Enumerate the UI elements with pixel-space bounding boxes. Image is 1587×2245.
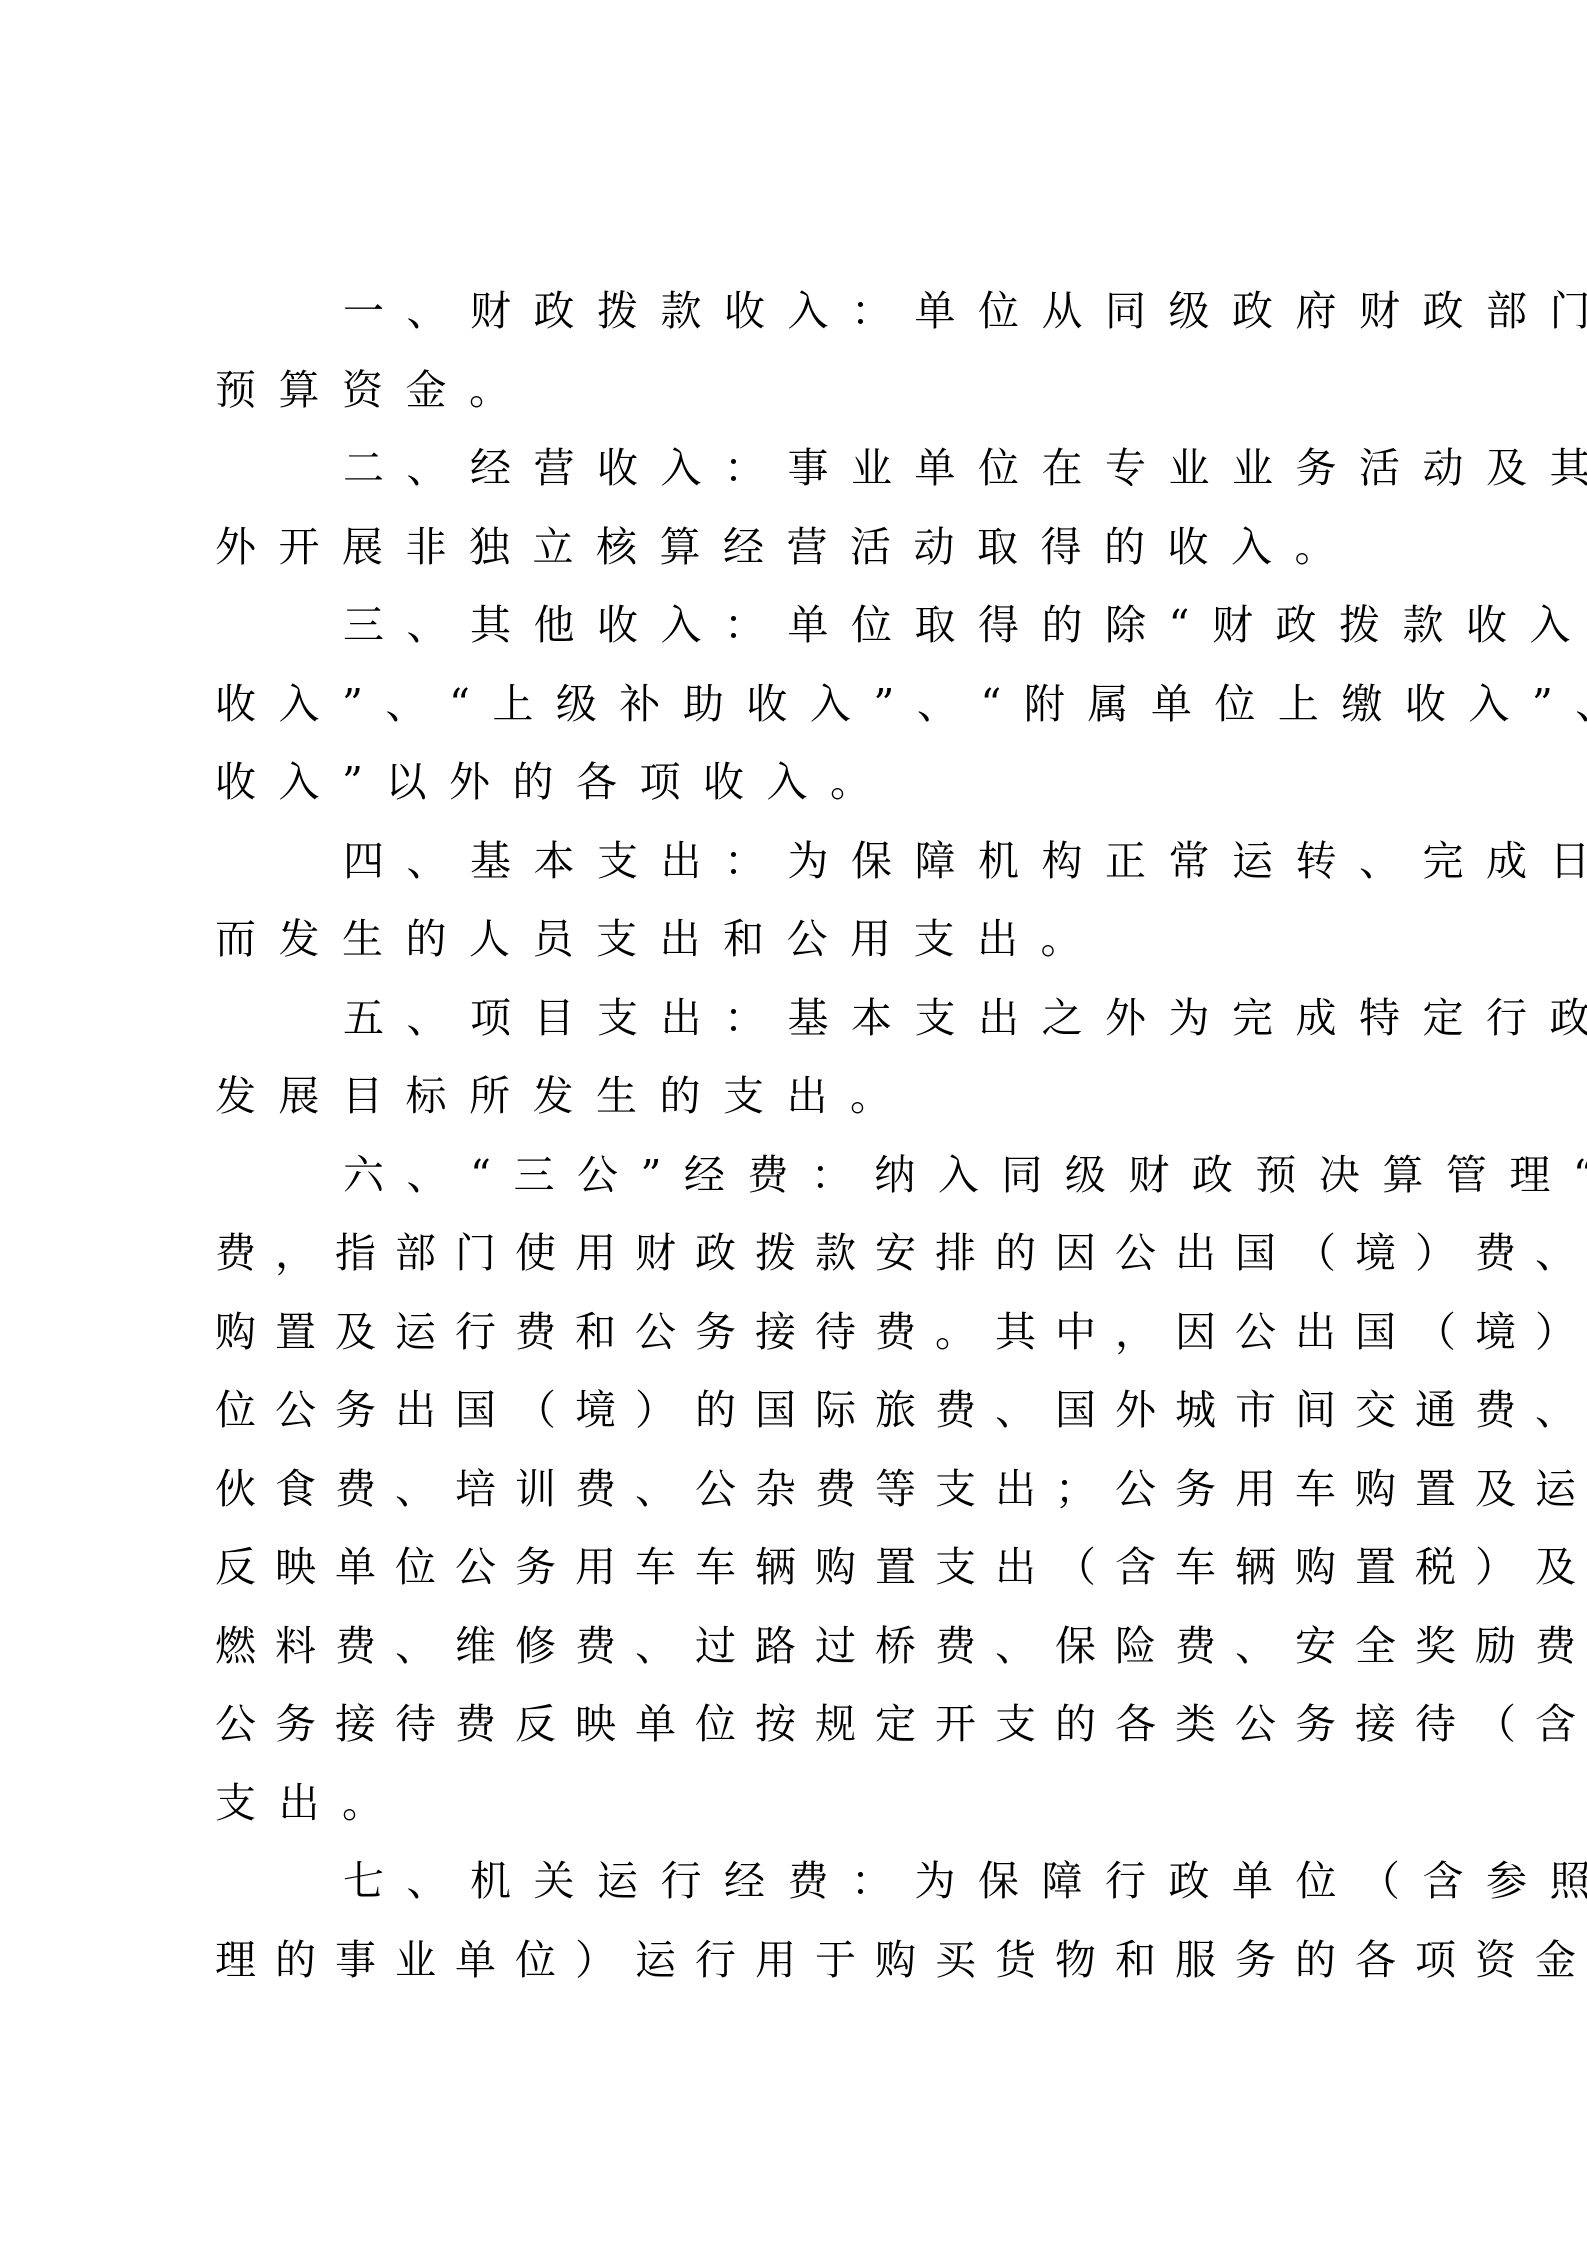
document-body: 一、财政拨款收入：单位从同级政府财政部门取得的财政 预算资金。 二、经营收入：事… [215, 272, 1365, 1999]
paragraph-three-public-expenses: 六、“三公”经费：纳入同级财政预决算管理“三公”经 费，指部门使用财政拨款安排的… [215, 1136, 1365, 1843]
text-line: 预算资金。 [215, 351, 1365, 430]
document-page: 一、财政拨款收入：单位从同级政府财政部门取得的财政 预算资金。 二、经营收入：事… [0, 0, 1587, 2245]
text-line: 二、经营收入：事业单位在专业业务活动及其辅助活动之 [215, 429, 1365, 508]
text-line: 外开展非独立核算经营活动取得的收入。 [215, 508, 1365, 587]
paragraph-other-income: 三、其他收入：单位取得的除“财政拨款收入”、“事业 收入”、“上级补助收入”、“… [215, 586, 1365, 822]
text-line: 七、机关运行经费：为保障行政单位（含参照公务员法管 [215, 1842, 1365, 1921]
paragraph-basic-expenditure: 四、基本支出：为保障机构正常运转、完成日常工作任务 而发生的人员支出和公用支出。 [215, 822, 1365, 979]
text-line: 燃料费、维修费、过路过桥费、保险费、安全奖励费用等支出； [215, 1607, 1365, 1686]
text-line: 收入”以外的各项收入。 [215, 743, 1365, 822]
text-line: 收入”、“上级补助收入”、“附属单位上缴收入”、“经营 [215, 665, 1365, 744]
text-line: 反映单位公务用车车辆购置支出（含车辆购置税）及租用费、 [215, 1528, 1365, 1607]
text-line: 四、基本支出：为保障机构正常运转、完成日常工作任务 [215, 822, 1365, 901]
text-line: 公务接待费反映单位按规定开支的各类公务接待（含外宾接待） [215, 1685, 1365, 1764]
text-line: 费，指部门使用财政拨款安排的因公出国（境）费、公务用车 [215, 1214, 1365, 1293]
text-line: 支出。 [215, 1764, 1365, 1843]
text-line: 五、项目支出：基本支出之外为完成特定行政任务和事业 [215, 979, 1365, 1058]
text-line: 发展目标所发生的支出。 [215, 1057, 1365, 1136]
paragraph-project-expenditure: 五、项目支出：基本支出之外为完成特定行政任务和事业 发展目标所发生的支出。 [215, 979, 1365, 1136]
text-line: 购置及运行费和公务接待费。其中，因公出国（境）费反映单 [215, 1293, 1365, 1372]
paragraph-agency-operating-expenses: 七、机关运行经费：为保障行政单位（含参照公务员法管 理的事业单位）运行用于购买货… [215, 1842, 1365, 1999]
text-line: 伙食费、培训费、公杂费等支出；公务用车购置及运行费反映 [215, 1450, 1365, 1529]
text-line: 而发生的人员支出和公用支出。 [215, 900, 1365, 979]
text-line: 六、“三公”经费：纳入同级财政预决算管理“三公”经 [215, 1136, 1365, 1215]
text-line: 位公务出国（境）的国际旅费、国外城市间交通费、住宿费、 [215, 1371, 1365, 1450]
text-line: 一、财政拨款收入：单位从同级政府财政部门取得的财政 [215, 272, 1365, 351]
paragraph-business-income: 二、经营收入：事业单位在专业业务活动及其辅助活动之 外开展非独立核算经营活动取得… [215, 429, 1365, 586]
text-line: 三、其他收入：单位取得的除“财政拨款收入”、“事业 [215, 586, 1365, 665]
paragraph-fiscal-appropriation-income: 一、财政拨款收入：单位从同级政府财政部门取得的财政 预算资金。 [215, 272, 1365, 429]
text-line: 理的事业单位）运行用于购买货物和服务的各项资金，包括办 [215, 1921, 1365, 2000]
